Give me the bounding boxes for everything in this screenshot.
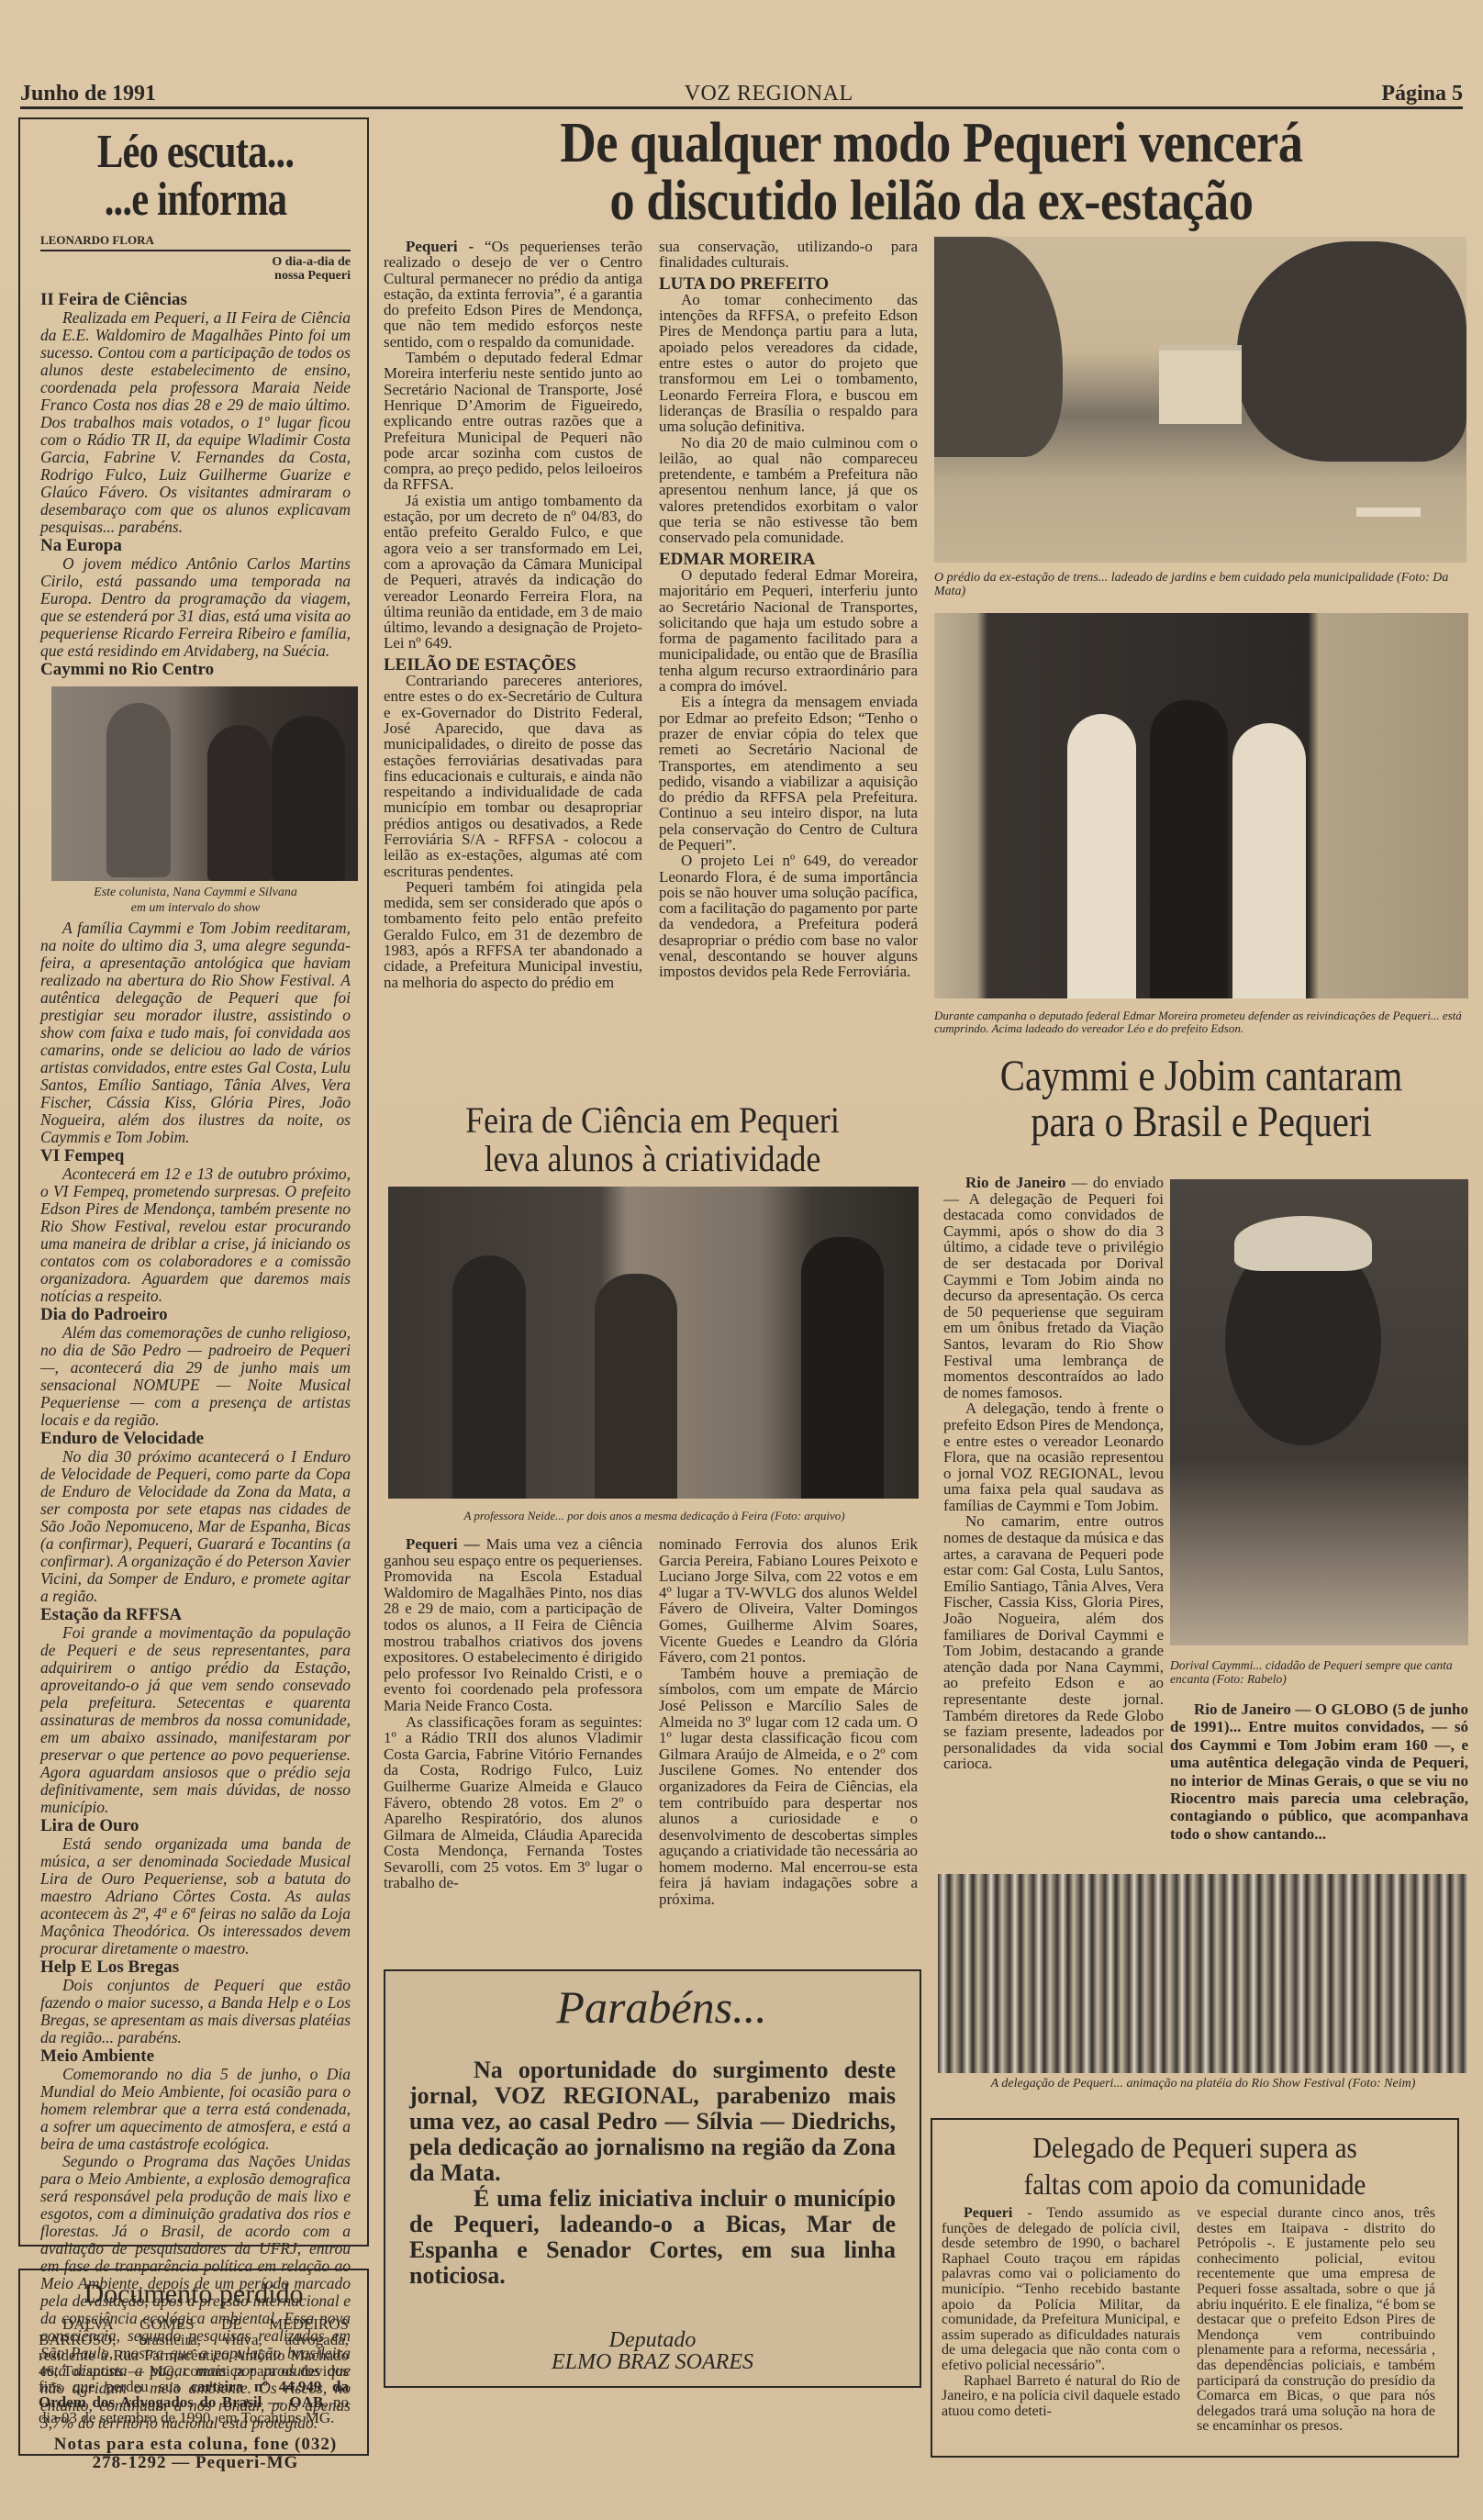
newspaper-page: Junho de 1991 VOZ REGIONAL Página 5 Léo …	[0, 0, 1483, 2520]
article-paragraph: Pequeri - Tendo assumido as funções de d…	[942, 2206, 1180, 2374]
note-heading: Enduro de Velocidade	[40, 1429, 351, 1448]
article-paragraph: Eis a íntegra da mensagem enviada por Ed…	[659, 694, 918, 853]
paragraph-text: Também houve a premiação de símbolos, co…	[659, 1665, 918, 1908]
hair-highlight	[1234, 1216, 1372, 1271]
paragraph-text: No camarim, entre outros nomes de destaq…	[943, 1512, 1164, 1772]
article-paragraph: A delegação, tendo à frente o prefeito E…	[943, 1400, 1164, 1513]
caymmi-photo-caption: Este colunista, Nana Caymmi e Silvana em…	[40, 881, 351, 916]
paragraph-text: O projeto Lei nº 649, do vereador Leonar…	[659, 852, 918, 980]
note-text: Acontecerá em 12 e 13 de outubro próximo…	[40, 1165, 351, 1305]
article-subheading: LUTA DO PREFEITO	[659, 276, 918, 292]
note-heading: Lira de Ouro	[40, 1816, 351, 1835]
science-fair-photo	[388, 1187, 919, 1499]
note-text: Foi grande a movimentação da população d…	[40, 1624, 351, 1816]
edmar-photo-caption: Durante campanha o deputado federal Edma…	[934, 1009, 1470, 1034]
person-silhouette	[106, 703, 171, 877]
station-photo	[934, 237, 1466, 563]
article-paragraph: No camarim, entre outros nomes de destaq…	[943, 1513, 1164, 1772]
caymmi-headline: Caymmi e Jobim cantaram para o Brasil e …	[931, 1054, 1472, 1146]
article-paragraph: sua conservação, utilizando-o para final…	[659, 239, 918, 271]
article-paragraph: Ao tomar conhecimento das intenções da R…	[659, 292, 918, 435]
paragraph-text: Eis a íntegra da mensagem enviada por Ed…	[659, 693, 918, 853]
paragraph-text: Raphael Barreto é natural do Rio de Jane…	[942, 2373, 1180, 2419]
note-text: Dois conjuntos de Pequeri que estão faze…	[40, 1977, 351, 2046]
column-byline: LEONARDO FLORA	[40, 233, 351, 251]
note-text: Está sendo organizada uma banda de músic…	[40, 1835, 351, 1957]
paragraph-text: sua conservação, utilizando-o para final…	[659, 238, 918, 271]
science-fair-photo-caption: A professora Neide... por dois anos a me…	[388, 1509, 920, 1522]
column-notes: II Feira de CiênciasRealizada em Pequeri…	[40, 290, 351, 679]
paragraph-text: O deputado federal Edmar Moreira, majori…	[659, 566, 918, 695]
paragraph-text: “Os pequerienses terão realizado o desej…	[384, 238, 642, 351]
congratulations-body: Na oportunidade do surgimento deste jorn…	[409, 2057, 896, 2289]
column-notes-continued: A família Caymmi e Tom Jobim reeditaram,…	[40, 920, 351, 2432]
paragraph-text: Também o deputado federal Edmar Moreira …	[384, 349, 642, 493]
column-tagline: O dia-a-dia de nossa Pequeri	[240, 255, 351, 283]
congratulations-title: Parabéns...	[409, 1980, 896, 2034]
person-silhouette	[1232, 723, 1306, 998]
article-paragraph: Raphael Barreto é natural do Rio de Jane…	[942, 2374, 1180, 2420]
article-paragraph: Rio de Janeiro — do enviado — A delegaçã…	[943, 1175, 1164, 1400]
delegado-column-2: ve especial durante cinco anos, três des…	[1197, 2206, 1435, 2435]
dateline: Rio de Janeiro	[965, 1174, 1065, 1191]
paragraph-text: Contrariando pareceres anteriores, entre…	[384, 672, 642, 880]
masthead: Junho de 1991 VOZ REGIONAL Página 5	[20, 75, 1463, 109]
station-photo-caption: O prédio da ex-estação de trens... ladea…	[934, 571, 1470, 598]
article-paragraph: Pequeri — Mais uma vez a ciência ganhou …	[384, 1536, 642, 1714]
main-article-column-2: sua conservação, utilizando-o para final…	[659, 239, 918, 980]
science-fair-column-2: nominado Ferrovia dos alunos Erik Garcia…	[659, 1536, 918, 1908]
note-heading: Dia do Padroeiro	[40, 1305, 351, 1324]
delegado-columns: Pequeri - Tendo assumido as funções de d…	[942, 2206, 1448, 2435]
article-paragraph: O projeto Lei nº 649, do vereador Leonar…	[659, 853, 918, 979]
note-heading: Help E Los Bregas	[40, 1957, 351, 1977]
article-paragraph: ve especial durante cinco anos, três des…	[1197, 2206, 1435, 2435]
lost-document-notice: Documento perdido DALVA GOMES DE MEDEIRO…	[18, 2269, 369, 2456]
person-silhouette	[595, 1274, 677, 1499]
paragraph-text: Ao tomar conhecimento das intenções da R…	[659, 291, 918, 435]
article-paragraph: nominado Ferrovia dos alunos Erik Garcia…	[659, 1536, 918, 1666]
article-paragraph: Pequeri - “Os pequerienses terão realiza…	[384, 239, 642, 350]
paragraph-text: — do enviado — A delegação de Pequeri fo…	[943, 1174, 1164, 1401]
note-text: Realizada em Pequeri, a II Feira de Ciên…	[40, 309, 351, 536]
lost-document-title: Documento perdido	[39, 2278, 349, 2311]
paragraph-text: nominado Ferrovia dos alunos Erik Garcia…	[659, 1535, 918, 1666]
column-leo-escuta: Léo escuta... ...e informa LEONARDO FLOR…	[18, 117, 369, 2247]
article-paragraph: Pequeri também foi atingida pela medida,…	[384, 879, 642, 990]
note-text: A família Caymmi e Tom Jobim reeditaram,…	[40, 920, 351, 1146]
delegado-headline: Delegado de Pequeri supera as faltas com…	[942, 2129, 1448, 2202]
publication-name: VOZ REGIONAL	[685, 82, 853, 106]
caymmi-photo-caption: Dorival Caymmi... cidadão de Pequeri sem…	[1170, 1658, 1468, 1686]
science-fair-column-1: Pequeri — Mais uma vez a ciência ganhou …	[384, 1536, 642, 1891]
congratulations-paragraph: Na oportunidade do surgimento deste jorn…	[409, 2057, 896, 2186]
note-heading: Na Europa	[40, 536, 351, 555]
main-headline: De qualquer modo Pequeri vencerá o discu…	[385, 115, 1477, 230]
globo-quote: Rio de Janeiro — O GLOBO (5 de junho de …	[1170, 1700, 1468, 1843]
note-heading: Meio Ambiente	[40, 2046, 351, 2066]
congratulations-notice: Parabéns... Na oportunidade do surgiment…	[384, 1969, 921, 2388]
person-silhouette	[452, 1255, 526, 1499]
caymmi-photo	[51, 686, 358, 881]
paragraph-text: Mais uma vez a ciência ganhou seu espaço…	[384, 1535, 642, 1714]
person-silhouette	[1150, 700, 1228, 998]
crowd-photo	[938, 1874, 1468, 2073]
note-text: Além das comemorações de cunho religioso…	[40, 1324, 351, 1429]
main-article-column-1: Pequeri - “Os pequerienses terão realiza…	[384, 239, 642, 990]
paragraph-text: Já existia um antigo tombamento da estaç…	[384, 492, 642, 652]
issue-date: Junho de 1991	[20, 82, 156, 106]
article-subheading: EDMAR MOREIRA	[659, 552, 918, 567]
paragraph-text: - Tendo assumido as funções de delegado …	[942, 2205, 1180, 2373]
tree-right	[1237, 241, 1466, 462]
note-text: No dia 30 próximo acantecerá o I Enduro …	[40, 1448, 351, 1605]
article-paragraph: Já existia um antigo tombamento da estaç…	[384, 493, 642, 652]
article-paragraph: Também o deputado federal Edmar Moreira …	[384, 350, 642, 493]
person-silhouette	[1067, 714, 1136, 998]
note-text: Comemorando no dia 5 de junho, o Dia Mun…	[40, 2066, 351, 2153]
edmar-moreira-photo	[934, 613, 1468, 998]
note-heading: VI Fempeq	[40, 1146, 351, 1165]
page-number: Página 5	[1381, 82, 1463, 106]
article-paragraph: O deputado federal Edmar Moreira, majori…	[659, 567, 918, 694]
person-silhouette	[207, 725, 272, 881]
paragraph-text: A delegação, tendo à frente o prefeito E…	[943, 1399, 1164, 1514]
paragraph-text: No dia 20 de maio culminou com o leilão,…	[659, 434, 918, 547]
person-silhouette	[801, 1237, 884, 1499]
delegado-column-1: Pequeri - Tendo assumido as funções de d…	[942, 2206, 1180, 2435]
article-paragraph: No dia 20 de maio culminou com o leilão,…	[659, 435, 918, 546]
caymmi-article-column: Rio de Janeiro — do enviado — A delegaçã…	[943, 1175, 1164, 1772]
dateline: Pequeri -	[406, 238, 485, 255]
dateline: Pequeri —	[406, 1535, 486, 1553]
note-heading: Caymmi no Rio Centro	[40, 660, 351, 679]
congratulations-signature: Deputado ELMO BRAZ SOARES	[409, 2329, 896, 2373]
note-heading: Estação da RFFSA	[40, 1605, 351, 1624]
station-building	[1159, 345, 1242, 424]
congratulations-paragraph: É uma feliz iniciativa incluir o municíp…	[409, 2186, 896, 2289]
article-subheading: LEILÃO DE ESTAÇÕES	[384, 657, 642, 673]
dorival-caymmi-photo	[1170, 1179, 1468, 1645]
paragraph-text: As classificações foram as seguintes: 1º…	[384, 1713, 642, 1892]
paragraph-text: ve especial durante cinco anos, três des…	[1197, 2205, 1435, 2434]
person-silhouette	[272, 716, 345, 881]
article-paragraph: Contrariando pareceres anteriores, entre…	[384, 673, 642, 879]
bench	[1356, 507, 1421, 517]
column-title: Léo escuta... ...e informa	[68, 128, 322, 224]
article-paragraph: Também houve a premiação de símbolos, co…	[659, 1666, 918, 1908]
note-heading: II Feira de Ciências	[40, 290, 351, 309]
article-paragraph: As classificações foram as seguintes: 1º…	[384, 1714, 642, 1892]
lost-document-text: DALVA GOMES DE MEDEIROS BARROSO, brasile…	[39, 2316, 349, 2425]
paragraph-text: Pequeri também foi atingida pela medida,…	[384, 878, 642, 991]
science-fair-headline: Feira de Ciência em Pequeri leva alunos …	[385, 1101, 920, 1178]
crowd-photo-caption: A delegação de Pequeri... animação na pl…	[938, 2077, 1468, 2091]
note-text: O jovem médico Antônio Carlos Martins Ci…	[40, 555, 351, 660]
delegado-article: Delegado de Pequeri supera as faltas com…	[931, 2118, 1459, 2458]
dateline: Pequeri	[964, 2205, 1012, 2221]
tree-left	[934, 237, 1063, 457]
